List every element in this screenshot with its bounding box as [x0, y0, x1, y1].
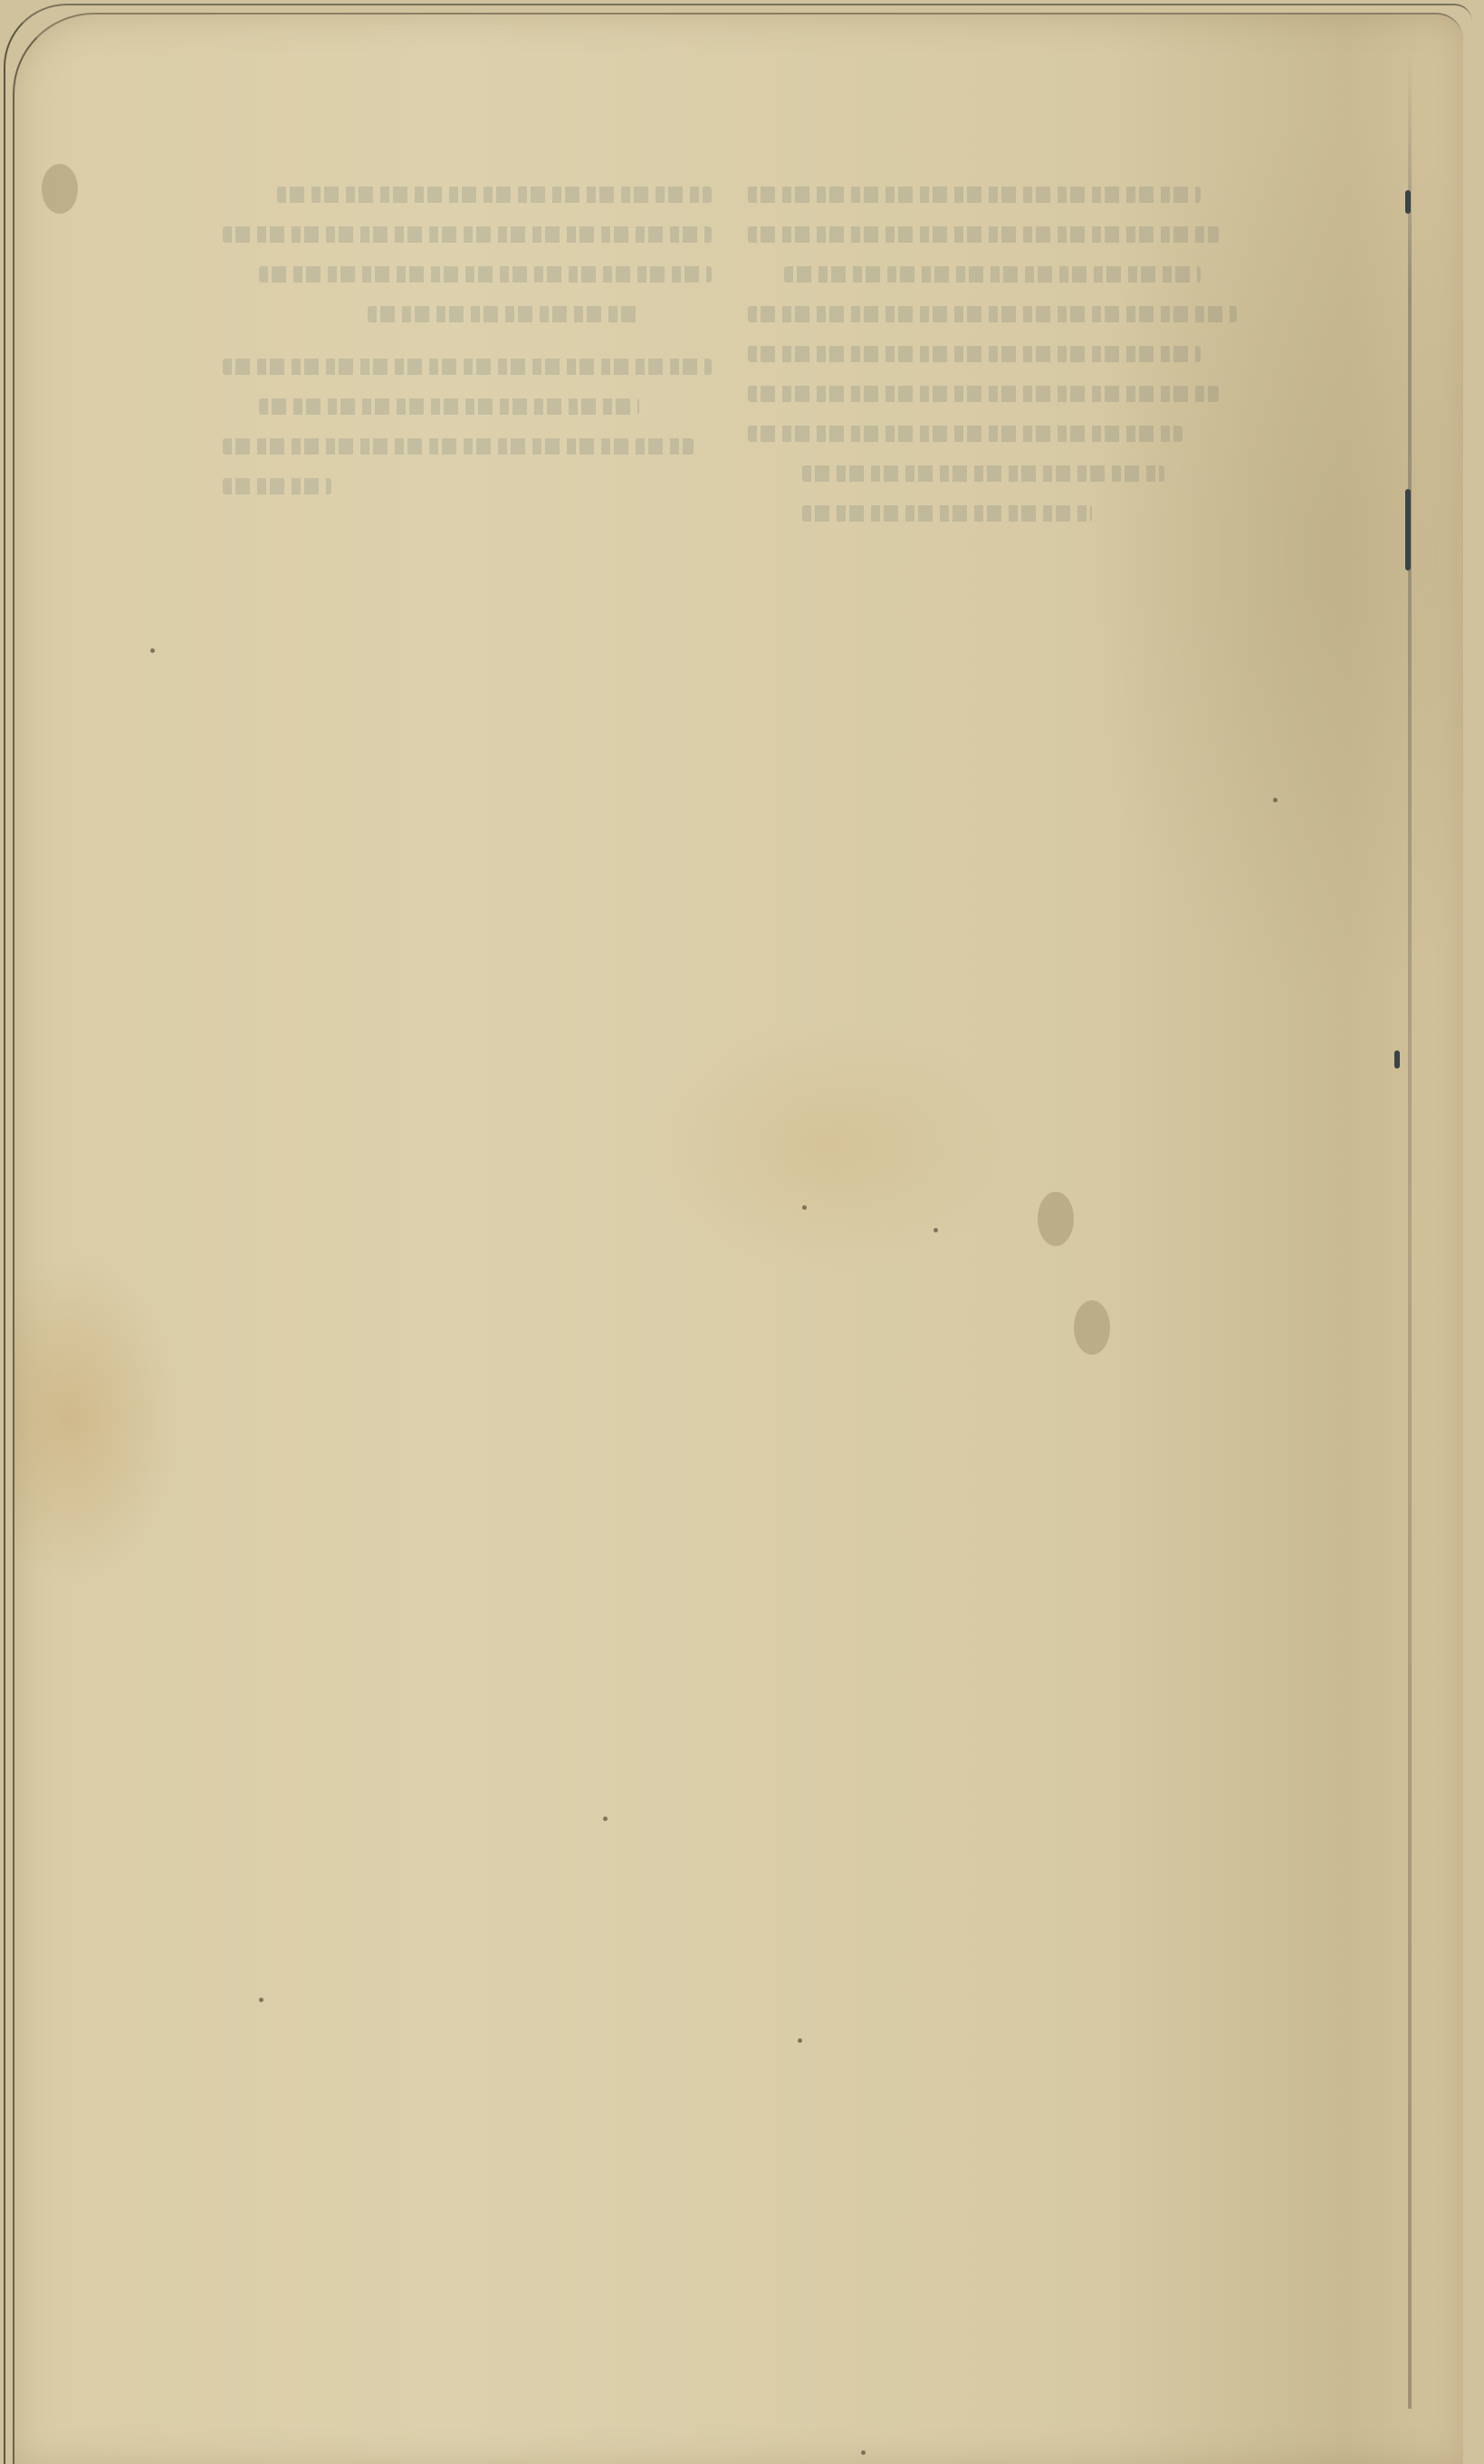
- speck: [798, 2038, 802, 2043]
- paper-page: [13, 13, 1463, 2464]
- speck: [861, 2450, 866, 2455]
- ink-mark: [1405, 489, 1411, 570]
- stain-mark: [1074, 1300, 1110, 1355]
- ink-mark: [1405, 190, 1411, 214]
- speck: [1273, 798, 1278, 802]
- show-through-text-right: [748, 187, 1255, 545]
- speck: [259, 1998, 263, 2002]
- speck: [802, 1205, 807, 1210]
- stain-mark: [1038, 1192, 1074, 1246]
- speck: [603, 1817, 608, 1821]
- page-fold-line: [1408, 54, 1412, 2409]
- speck: [150, 648, 155, 653]
- ink-mark: [1394, 1050, 1400, 1069]
- show-through-text-left: [223, 187, 730, 518]
- speck: [933, 1228, 938, 1232]
- stain-mark: [42, 164, 78, 214]
